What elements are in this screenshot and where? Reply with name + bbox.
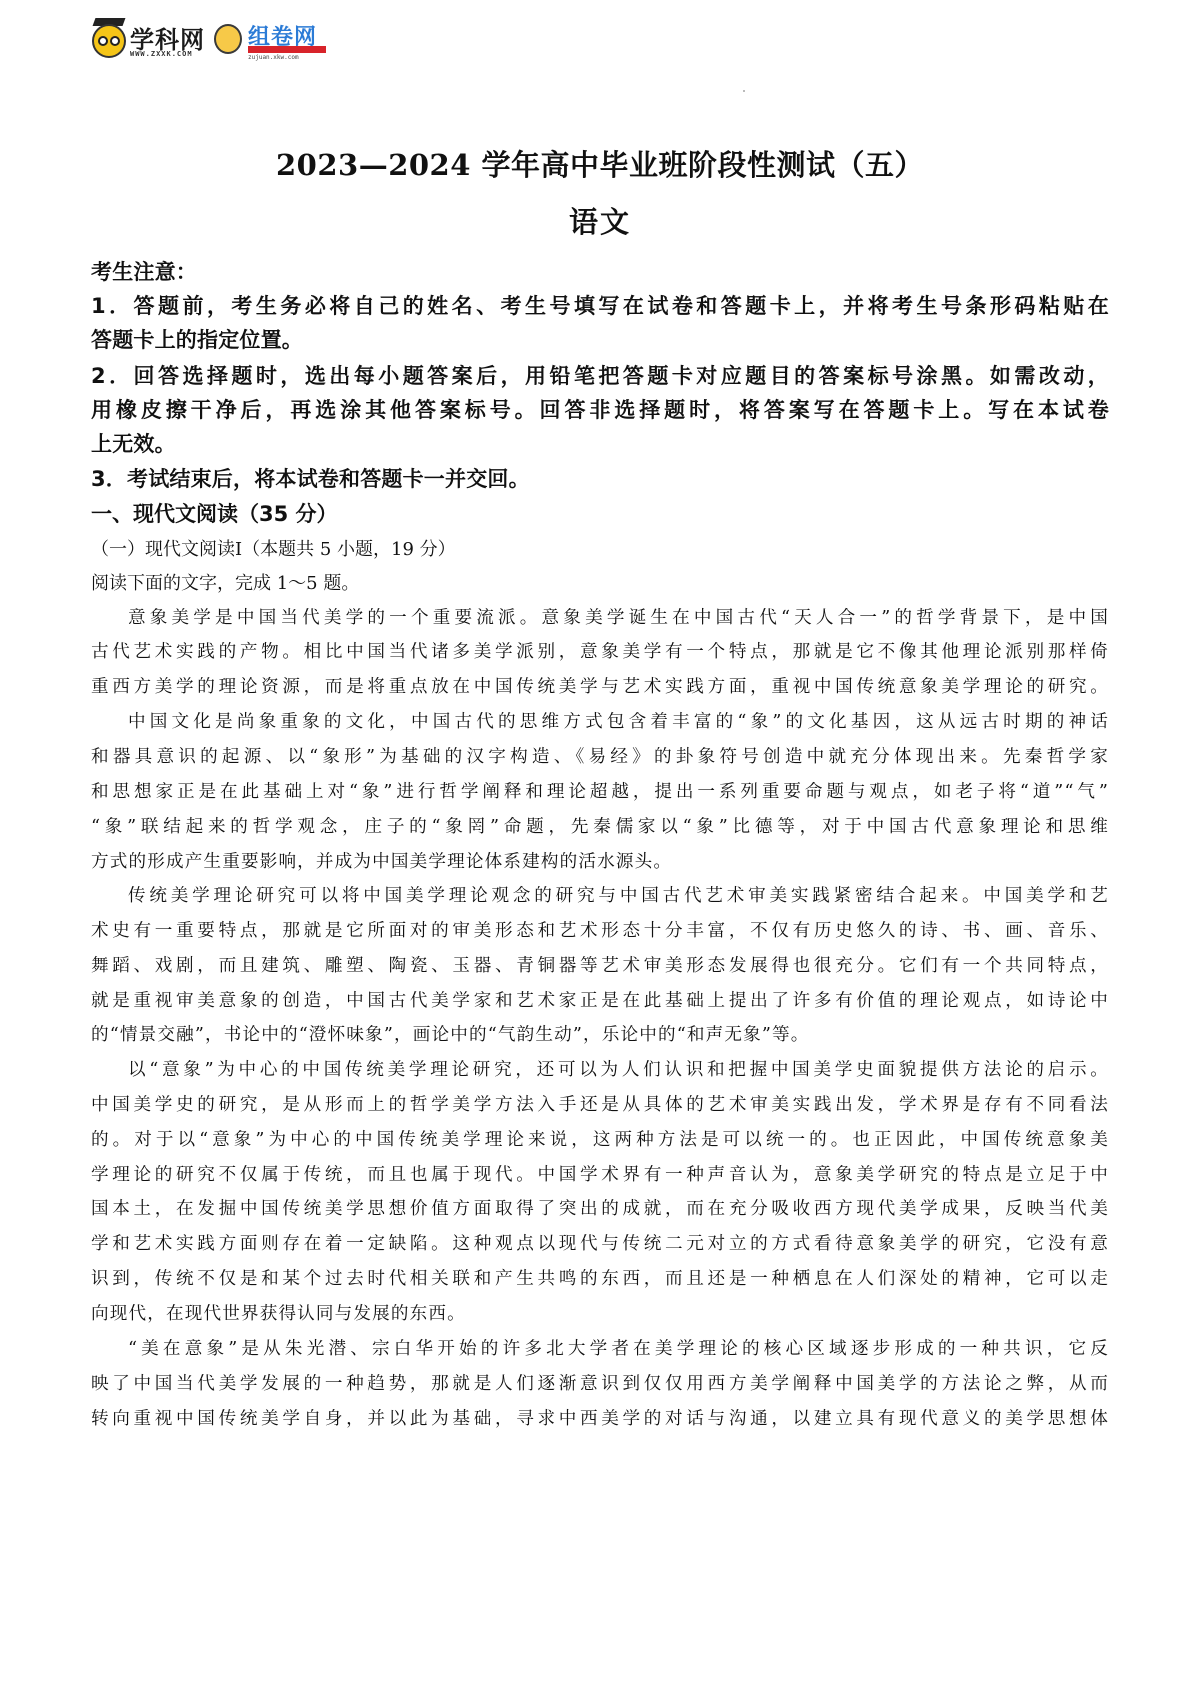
passage-line: 学理论的研究不仅属于传统，而且也属于现代。中国学术界有一种声音认为，意象美学研究… [91,1161,1109,1186]
subject-title: 语文 [0,200,1200,241]
scan-speck [743,90,745,92]
notice-line: 用橡皮擦干净后，再选涂其他答案标号。回答非选择题时，将答案写在答题卡上。写在本试… [91,394,1109,424]
section-subheading: （一）现代文阅读Ⅰ（本题共 5 小题，19 分） [91,535,456,561]
section-heading: 一、现代文阅读（35 分） [91,498,338,528]
passage-line: 向现代，在现代世界获得认同与发展的东西。 [91,1300,466,1325]
notice-line: 3．考试结束后，将本试卷和答题卡一并交回。 [91,463,530,493]
passage-line: 的。对于以“意象”为中心的中国传统美学理论来说，这两种方法是可以统一的。也正因此… [91,1126,1109,1151]
passage-line: 中国文化是尚象重象的文化，中国古代的思维方式包含着丰富的“象”的文化基因，这从远… [128,708,1109,733]
notice-heading: 考生注意： [91,256,197,286]
passage-line: 国本土，在发掘中国传统美学思想价值方面取得了突出的成就，而在充分吸收西方现代美学… [91,1195,1109,1220]
exam-title: 2023—2024 学年高中毕业班阶段性测试（五） [0,143,1200,184]
mascot-icon [214,24,242,54]
logo-left-url: WWW.ZXXK.COM [130,50,193,58]
notice-line: 上无效。 [91,428,176,458]
reading-instruction: 阅读下面的文字，完成 1～5 题。 [91,569,359,595]
passage-line: 映了中国当代美学发展的一种趋势，那就是人们逐渐意识到仅仅用西方美学阐释中国美学的… [91,1370,1109,1395]
site-logo: 学科网 WWW.ZXXK.COM 组卷网 zujuan.xkw.com [92,18,332,62]
passage-line: 中国美学史的研究，是从形而上的哲学美学方法入手还是从具体的艺术审美实践出发，学术… [91,1091,1109,1116]
passage-line: 方式的形成产生重要影响，并成为中国美学理论体系建构的活水源头。 [91,848,672,873]
notice-line: 1．答题前，考生务必将自己的姓名、考生号填写在试卷和答题卡上，并将考生号条形码粘… [91,290,1109,320]
passage-line: 就是重视审美意象的创造，中国古代美学家和艺术家正是在此基础上提出了许多有价值的理… [91,987,1109,1012]
passage-line: 的“情景交融”，书论中的“澄怀味象”，画论中的“气韵生动”，乐论中的“和声无象”… [91,1021,809,1046]
passage-line: 识到，传统不仅是和某个过去时代相关联和产生共鸣的东西，而且还是一种栖息在人们深处… [91,1265,1109,1290]
passage-line: 舞蹈、戏剧，而且建筑、雕塑、陶瓷、玉器、青铜器等艺术审美形态发展得也很充分。它们… [91,952,1109,977]
logo-red-banner [248,46,326,53]
passage-line: “象”联结起来的哲学观念，庄子的“象罔”命题，先秦儒家以“象”比德等，对于中国古… [91,813,1109,838]
passage-line: 以“意象”为中心的中国传统美学理论研究，还可以为人们认识和把握中国美学史面貌提供… [128,1056,1109,1081]
passage-line: “美在意象”是从朱光潜、宗白华开始的许多北大学者在美学理论的核心区域逐步形成的一… [128,1335,1109,1360]
passage-line: 和思想家正是在此基础上对“象”进行哲学阐释和理论超越，提出一系列重要命题与观点，… [91,778,1109,803]
passage-line: 学和艺术实践方面则存在着一定缺陷。这种观点以现代与传统二元对立的方式看待意象美学… [91,1230,1109,1255]
logo-right-url: zujuan.xkw.com [248,54,299,61]
notice-line: 2．回答选择题时，选出每小题答案后，用铅笔把答题卡对应题目的答案标号涂黑。如需改… [91,360,1109,390]
passage-line: 术史有一重要特点，那就是它所面对的审美形态和艺术形态十分丰富，不仅有历史悠久的诗… [91,917,1109,942]
mascot-face-icon [92,24,126,58]
notice-line: 答题卡上的指定位置。 [91,324,303,354]
passage-line: 意象美学是中国当代美学的一个重要流派。意象美学诞生在中国古代“天人合一”的哲学背… [128,604,1109,629]
passage-line: 和器具意识的起源、以“象形”为基础的汉字构造、《易经》的卦象符号创造中就充分体现… [91,743,1109,768]
passage-line: 古代艺术实践的产物。相比中国当代诸多美学派别，意象美学有一个特点，那就是它不像其… [91,638,1109,663]
passage-line: 转向重视中国传统美学自身，并以此为基础，寻求中西美学的对话与沟通，以建立具有现代… [91,1405,1109,1430]
passage-line: 传统美学理论研究可以将中国美学理论观念的研究与中国古代艺术审美实践紧密结合起来。… [128,882,1109,907]
passage-line: 重西方美学的理论资源，而是将重点放在中国传统美学与艺术实践方面，重视中国传统意象… [91,673,1109,698]
